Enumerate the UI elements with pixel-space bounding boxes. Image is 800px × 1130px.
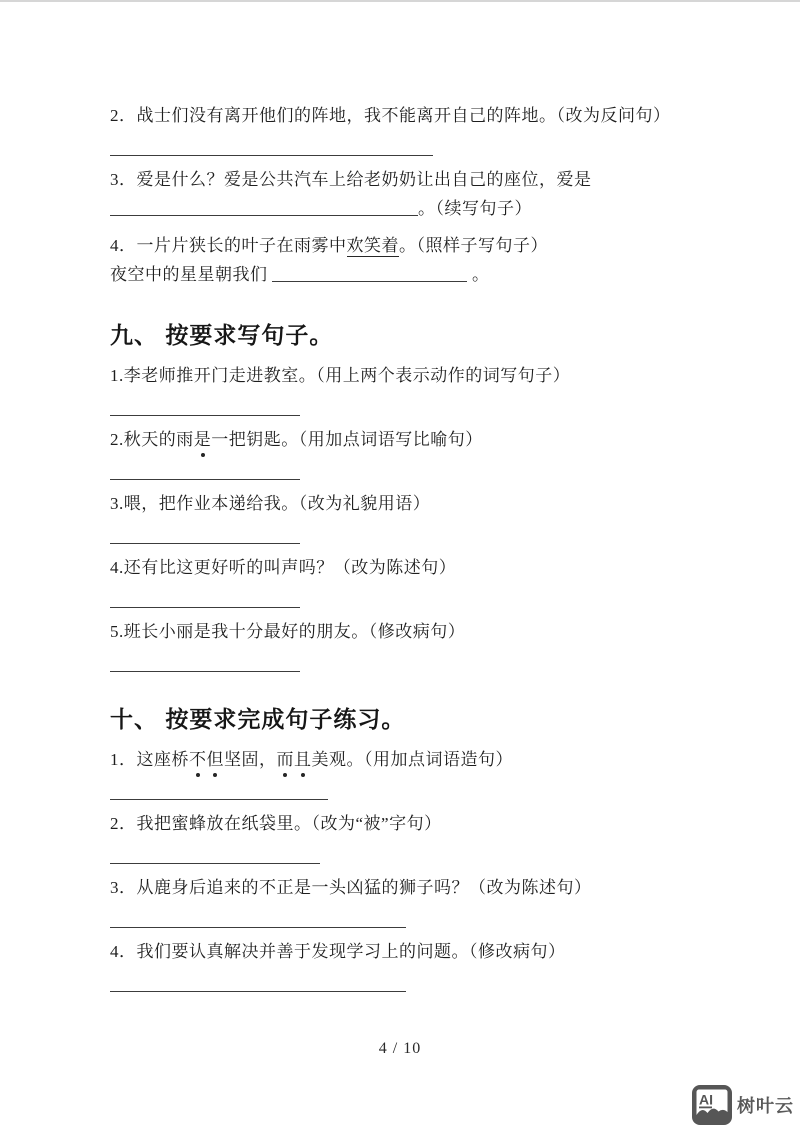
answer-blank-line [110, 415, 300, 416]
dotted-char: 但 [207, 746, 225, 773]
question-text: 4.还有比这更好听的叫声吗？（改为陈述句） [110, 558, 456, 577]
question-text: 3.喂，把作业本递给我。（改为礼貌用语） [110, 494, 430, 513]
question-line: 2.秋天的雨是一把钥匙。（用加点词语写比喻句） [110, 426, 705, 453]
question-text: 一把钥匙。（用加点词语写比喻句） [211, 430, 483, 449]
question-text: 夜空中的星星朝我们 [110, 265, 272, 284]
question-text: 。 [467, 265, 489, 284]
question-text: 4．我们要认真解决并善于发现学习上的问题。（修改病句） [110, 942, 566, 961]
question-text: 2．战士们没有离开他们的阵地，我不能离开自己的阵地。（改为反问句） [110, 106, 671, 125]
question-text: 2．我把蜜蜂放在纸袋里。（改为“被”字句） [110, 814, 442, 833]
page-number: 4 / 10 [0, 1040, 800, 1058]
question-line: 。（续写句子） [110, 195, 705, 222]
question-text: 美观。（用加点词语造句） [312, 750, 514, 769]
question-text: 3．从鹿身后追来的不正是一头凶猛的狮子吗？（改为陈述句） [110, 878, 592, 897]
question-text: 。（续写句子） [418, 199, 532, 218]
question-line: 4．一片片狭长的叶子在雨雾中欢笑着。（照样子写句子） [110, 232, 705, 259]
section-heading: 十、 按要求完成句子练习。 [110, 702, 705, 736]
question-text: 3．爱是什么？爱是公共汽车上给老奶奶让出自己的座位，爱是 [110, 170, 592, 189]
watermark-brand: 树叶云 [737, 1092, 794, 1118]
watermark: AI 树叶云 [691, 1084, 794, 1126]
question-line: 3．爱是什么？爱是公共汽车上给老奶奶让出自己的座位，爱是 [110, 166, 705, 193]
section-heading: 九、 按要求写句子。 [110, 318, 705, 352]
dotted-char: 是 [194, 426, 212, 453]
question-line: 1.李老师推开门走进教室。（用上两个表示动作的词写句子） [110, 362, 705, 389]
dotted-emphasis-text: 不但 [189, 750, 224, 769]
worksheet-page: 2．战士们没有离开他们的阵地，我不能离开自己的阵地。（改为反问句）3．爱是什么？… [0, 0, 800, 1130]
answer-blank-line [110, 607, 300, 608]
question-text: 。（照样子写句子） [399, 236, 548, 255]
answer-blank-line [110, 799, 328, 800]
answer-blank-line [110, 991, 406, 992]
dotted-char: 而 [277, 746, 295, 773]
question-text: 4．一片片狭长的叶子在雨雾中 [110, 236, 347, 255]
question-text: 坚固， [224, 750, 277, 769]
question-text: 1.李老师推开门走进教室。（用上两个表示动作的词写句子） [110, 366, 570, 385]
inline-blank [110, 200, 418, 216]
logo-ai-label: AI [699, 1092, 713, 1108]
dotted-emphasis-text: 而且 [277, 750, 312, 769]
answer-blank-line [110, 543, 300, 544]
dotted-emphasis-text: 是 [194, 430, 212, 449]
question-line: 4．我们要认真解决并善于发现学习上的问题。（修改病句） [110, 938, 705, 965]
answer-blank-line [110, 671, 300, 672]
document-body: 2．战士们没有离开他们的阵地，我不能离开自己的阵地。（改为反问句）3．爱是什么？… [0, 2, 800, 992]
question-line: 3.喂，把作业本递给我。（改为礼貌用语） [110, 490, 705, 517]
question-line: 5.班长小丽是我十分最好的朋友。（修改病句） [110, 618, 705, 645]
question-text: 2.秋天的雨 [110, 430, 194, 449]
answer-blank-line [110, 863, 320, 864]
dotted-char: 且 [294, 746, 312, 773]
question-line: 1．这座桥不但坚固，而且美观。（用加点词语造句） [110, 746, 705, 773]
question-line: 2．战士们没有离开他们的阵地，我不能离开自己的阵地。（改为反问句） [110, 102, 705, 129]
inline-blank [272, 266, 467, 282]
question-line: 2．我把蜜蜂放在纸袋里。（改为“被”字句） [110, 810, 705, 837]
answer-blank-line [110, 927, 406, 928]
question-line: 3．从鹿身后追来的不正是一头凶猛的狮子吗？（改为陈述句） [110, 874, 705, 901]
question-text: 1．这座桥 [110, 750, 189, 769]
question-line: 夜空中的星星朝我们 。 [110, 261, 705, 288]
underlined-text: 欢笑着 [347, 236, 400, 257]
question-line: 4.还有比这更好听的叫声吗？（改为陈述句） [110, 554, 705, 581]
answer-blank-line [110, 155, 433, 156]
dotted-char: 不 [189, 746, 207, 773]
shuyeyun-logo-icon: AI [691, 1084, 733, 1126]
question-text: 5.班长小丽是我十分最好的朋友。（修改病句） [110, 622, 465, 641]
answer-blank-line [110, 479, 300, 480]
